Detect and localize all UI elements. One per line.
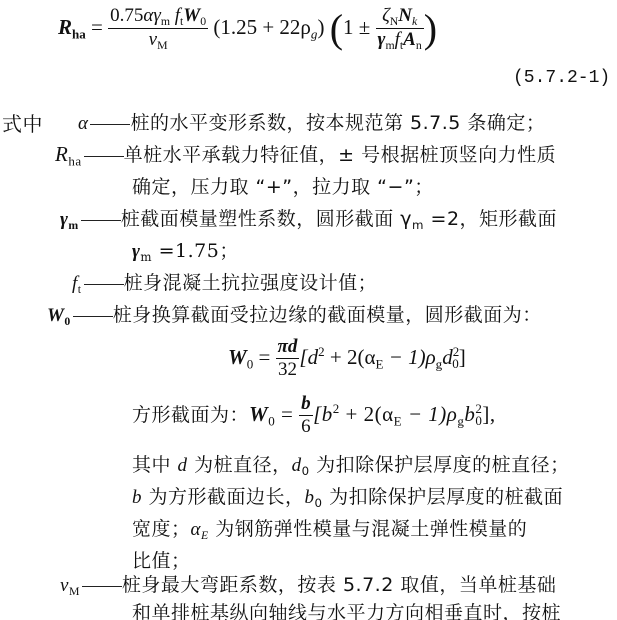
em-dash xyxy=(73,316,113,317)
equals-sign: = xyxy=(91,15,103,39)
definition-text: 桩身最大弯距系数，按表 5.7.2 取值，当单桩基础 xyxy=(122,574,556,596)
symbol-ft: ft xyxy=(72,273,82,294)
em-dash xyxy=(84,284,124,285)
em-dash xyxy=(82,586,122,587)
em-dash xyxy=(84,156,124,157)
paren-term: (1.25 + 22ρg) xyxy=(213,15,324,39)
explanation-line-4: 比值； xyxy=(132,546,191,573)
definition-rha: Rha单桩水平承载力特征值，± 号根据桩顶竖向力性质 xyxy=(55,140,556,170)
explanation-line-1: 其中 d 为桩直径，d0 为扣除保护层厚度的桩直径； xyxy=(132,450,570,478)
fraction-2: ζNNk γmftAn xyxy=(376,5,424,54)
definition-gamma-m: γm桩截面模量塑性系数，圆形截面 γm =2，矩形截面 xyxy=(60,204,557,233)
definition-text: 桩截面模量塑性系数，圆形截面 γm =2，矩形截面 xyxy=(121,208,557,230)
intro-label: 式中 xyxy=(2,108,43,137)
definition-alpha: α桩的水平变形系数，按本规范第 5.7.5 条确定； xyxy=(78,108,545,135)
square-section-formula: 方形截面为：W0 = b6[b2 + 2(αE − 1)ρgb20], xyxy=(132,385,496,445)
definition-text: 单桩水平承载力特征值，± 号根据桩顶竖向力性质 xyxy=(124,144,556,166)
definition-text: 桩身混凝土抗拉强度设计值； xyxy=(124,272,378,294)
definition-ft: ft桩身混凝土抗拉强度设计值； xyxy=(72,268,377,297)
symbol-gamma-m: γm xyxy=(60,209,79,230)
equation-number: (5.7.2-1) xyxy=(513,68,610,88)
definition-rha-cont: 确定，压力取 “+”，拉力取 “−”； xyxy=(132,172,434,199)
fraction-1: 0.75αγm ftW0 νM xyxy=(108,5,208,54)
explanation-line-2: b 为方形截面边长，b0 为扣除保护层厚度的桩截面 xyxy=(132,482,563,510)
definition-text: 桩身换算截面受拉边缘的截面模量，圆形截面为： xyxy=(113,304,542,326)
symbol-nu-m: νM xyxy=(60,575,80,596)
symbol-alpha: α xyxy=(78,113,88,134)
definition-nu-m-cont: 和单排桩基纵向轴线与水平力方向相垂直时，按桩 xyxy=(132,598,561,620)
circular-section-formula: W0 = πd32[d2 + 2(αE − 1)ρgd20] xyxy=(228,328,466,388)
definition-nu-m: νM桩身最大弯距系数，按表 5.7.2 取值，当单桩基础 xyxy=(60,570,556,599)
one-plus-minus: 1 ± xyxy=(343,15,370,39)
em-dash xyxy=(81,220,121,221)
em-dash xyxy=(90,124,130,125)
definition-gamma-m-cont: γm =1.75； xyxy=(132,236,239,264)
definition-w0: W0桩身换算截面受拉边缘的截面模量，圆形截面为： xyxy=(47,300,542,329)
definition-text: 桩的水平变形系数，按本规范第 5.7.5 条确定； xyxy=(130,112,545,134)
symbol-w0: W0 xyxy=(47,305,71,326)
square-label: 方形截面为： xyxy=(132,404,249,426)
main-formula: Rha = 0.75αγm ftW0 νM (1.25 + 22ρg) (1 ±… xyxy=(58,2,437,60)
formula-lhs: Rha xyxy=(58,15,86,39)
explanation-line-3: 宽度；αE 为钢筋弹性模量与混凝土弹性模量的 xyxy=(132,514,527,543)
symbol-rha: Rha xyxy=(55,142,82,166)
